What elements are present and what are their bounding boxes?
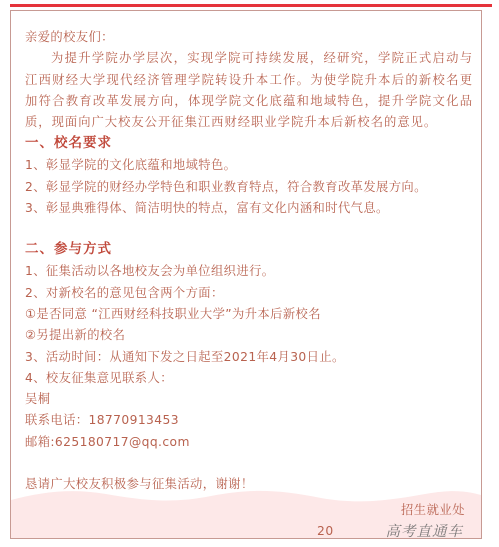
participation-item: 4、校友征集意见联系人： [25,368,473,389]
intro-paragraph: 为提升学院办学层次，实现学院可持续发展，经研究，学院正式启动与江西财经大学现代经… [25,48,473,133]
signature-department: 招生就业处 [401,500,465,521]
top-red-rule [10,4,492,7]
closing-remark: 恳请广大校友积极参与征集活动，谢谢！ [25,474,473,495]
contact-name: 吴桐 [25,389,473,410]
participation-item: 1、征集活动以各地校友会为单位组织进行。 [25,261,473,282]
spacer [25,219,473,239]
requirement-item: 2、彰显学院的财经办学特色和职业教育特点，符合教育改革发展方向。 [25,177,473,198]
section-heading-name-requirements: 一、校名要求 [25,133,473,155]
contact-email[interactable]: 邮箱:625180717@qq.com [25,432,473,453]
greeting: 亲爱的校友们： [25,27,473,48]
contact-phone: 联系电话：18770913453 [25,410,473,431]
requirement-item: 3、彰显典雅得体、简洁明快的特点，富有文化内涵和时代气息。 [25,198,473,219]
participation-item: 3、活动时间：从通知下发之日起至2021年4月30日止。 [25,347,473,368]
participation-item: ②另提出新的校名 [25,325,473,346]
participation-item: 2、对新校名的意见包含两个方面： [25,283,473,304]
spacer [25,453,473,474]
notice-content: 亲爱的校友们： 为提升学院办学层次，实现学院可持续发展，经研究，学院正式启动与江… [25,27,473,495]
section-heading-participation: 二、参与方式 [25,239,473,261]
notice-frame: 亲爱的校友们： 为提升学院办学层次，实现学院可持续发展，经研究，学院正式启动与江… [10,10,482,539]
participation-item: ①是否同意 “江西财经科技职业大学”为升本后新校名 [25,304,473,325]
requirement-item: 1、彰显学院的文化底蕴和地域特色。 [25,155,473,176]
watermark-text: 高考直通车 [386,520,464,539]
